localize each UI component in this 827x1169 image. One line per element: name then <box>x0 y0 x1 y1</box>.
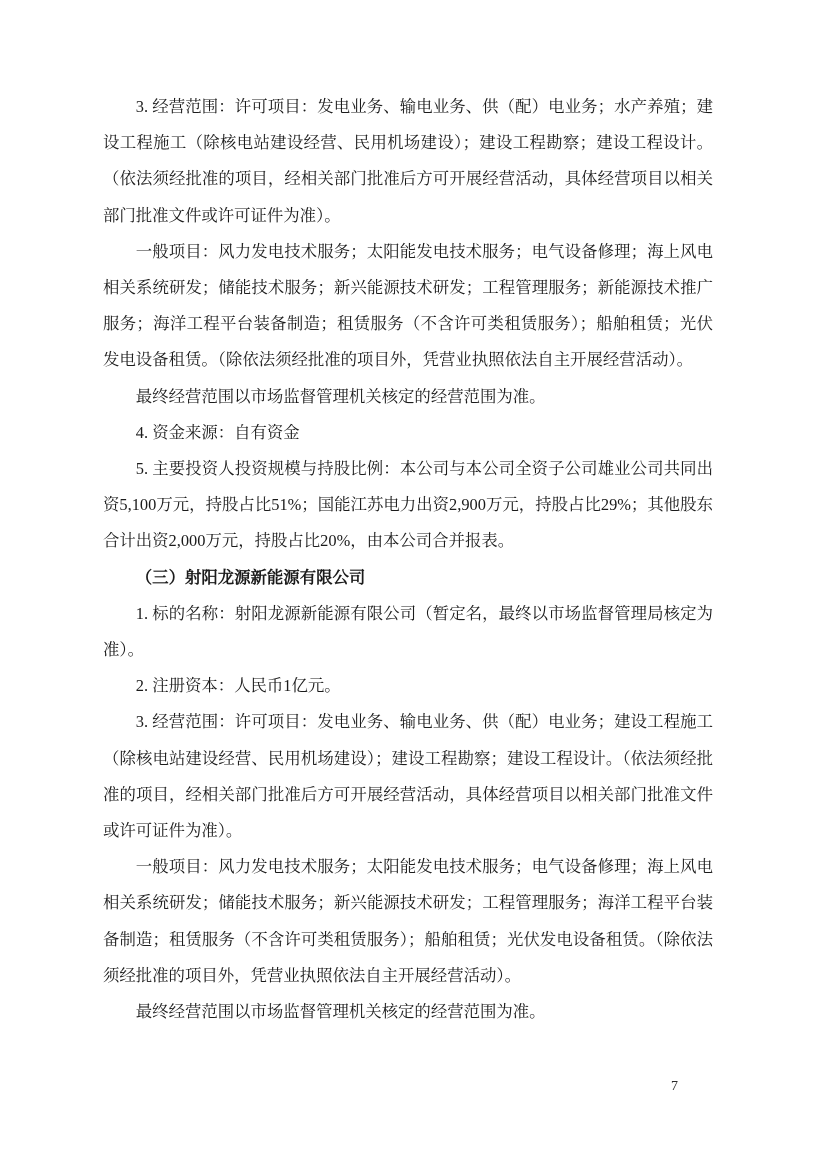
paragraph-business-scope-licensed-2: 3. 经营范围：许可项目：发电业务、输电业务、供（配）电业务；建设工程施工（除核… <box>103 704 713 849</box>
paragraph-investor-scale-shareholding: 5. 主要投资人投资规模与持股比例：本公司与本公司全资子公司雄业公司共同出资5,… <box>103 451 713 560</box>
page-number: 7 <box>671 1078 678 1096</box>
paragraph-fund-source: 4. 资金来源：自有资金 <box>103 415 713 451</box>
paragraph-registered-capital: 2. 注册资本：人民币1亿元。 <box>103 668 713 704</box>
paragraph-general-items-2: 一般项目：风力发电技术服务；太阳能发电技术服务；电气设备修理；海上风电相关系统研… <box>103 849 713 994</box>
section-heading-sheyang-longyuan: （三）射阳龙源新能源有限公司 <box>103 560 713 596</box>
paragraph-business-scope-licensed-1: 3. 经营范围：许可项目：发电业务、输电业务、供（配）电业务；水产养殖；建设工程… <box>103 89 713 234</box>
document-body: 3. 经营范围：许可项目：发电业务、输电业务、供（配）电业务；水产养殖；建设工程… <box>103 89 713 1030</box>
document-page: 3. 经营范围：许可项目：发电业务、输电业务、供（配）电业务；水产养殖；建设工程… <box>0 0 827 1169</box>
paragraph-final-scope-note-1: 最终经营范围以市场监督管理机关核定的经营范围为准。 <box>103 379 713 415</box>
paragraph-general-items-1: 一般项目：风力发电技术服务；太阳能发电技术服务；电气设备修理；海上风电相关系统研… <box>103 234 713 379</box>
paragraph-final-scope-note-2: 最终经营范围以市场监督管理机关核定的经营范围为准。 <box>103 994 713 1030</box>
paragraph-target-name: 1. 标的名称：射阳龙源新能源有限公司（暂定名，最终以市场监督管理局核定为准）。 <box>103 596 713 668</box>
